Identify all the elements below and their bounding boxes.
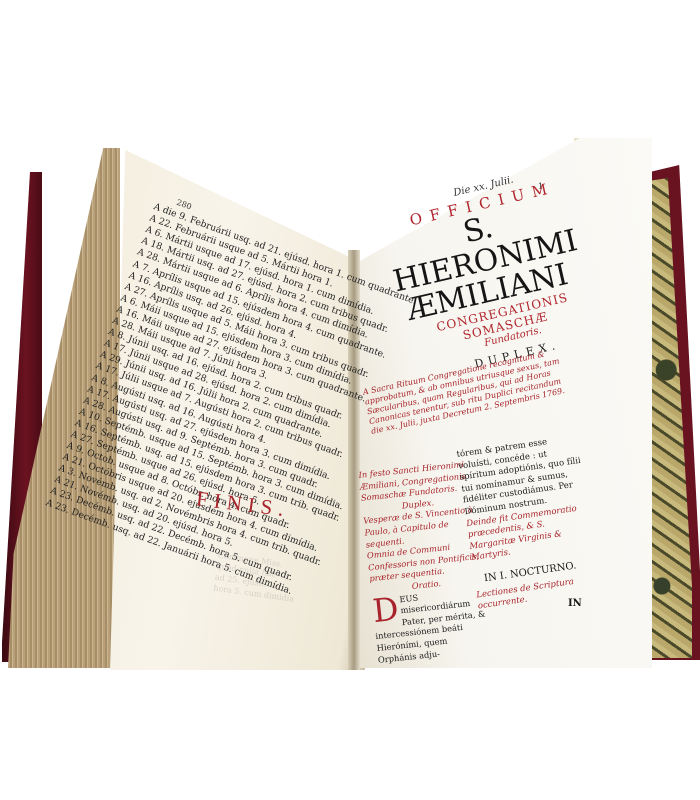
column-right: tórem & patrem esse voluísti, concéde : … [456,433,603,614]
prayer-text: D EUS misericordiárum Pater, per mérita,… [371,585,490,666]
open-book-photo: 280 A die 9. Februárii usq. ad 21. ejúsd… [0,0,700,800]
catchword: IN [568,598,582,609]
drop-cap: D [371,594,399,625]
